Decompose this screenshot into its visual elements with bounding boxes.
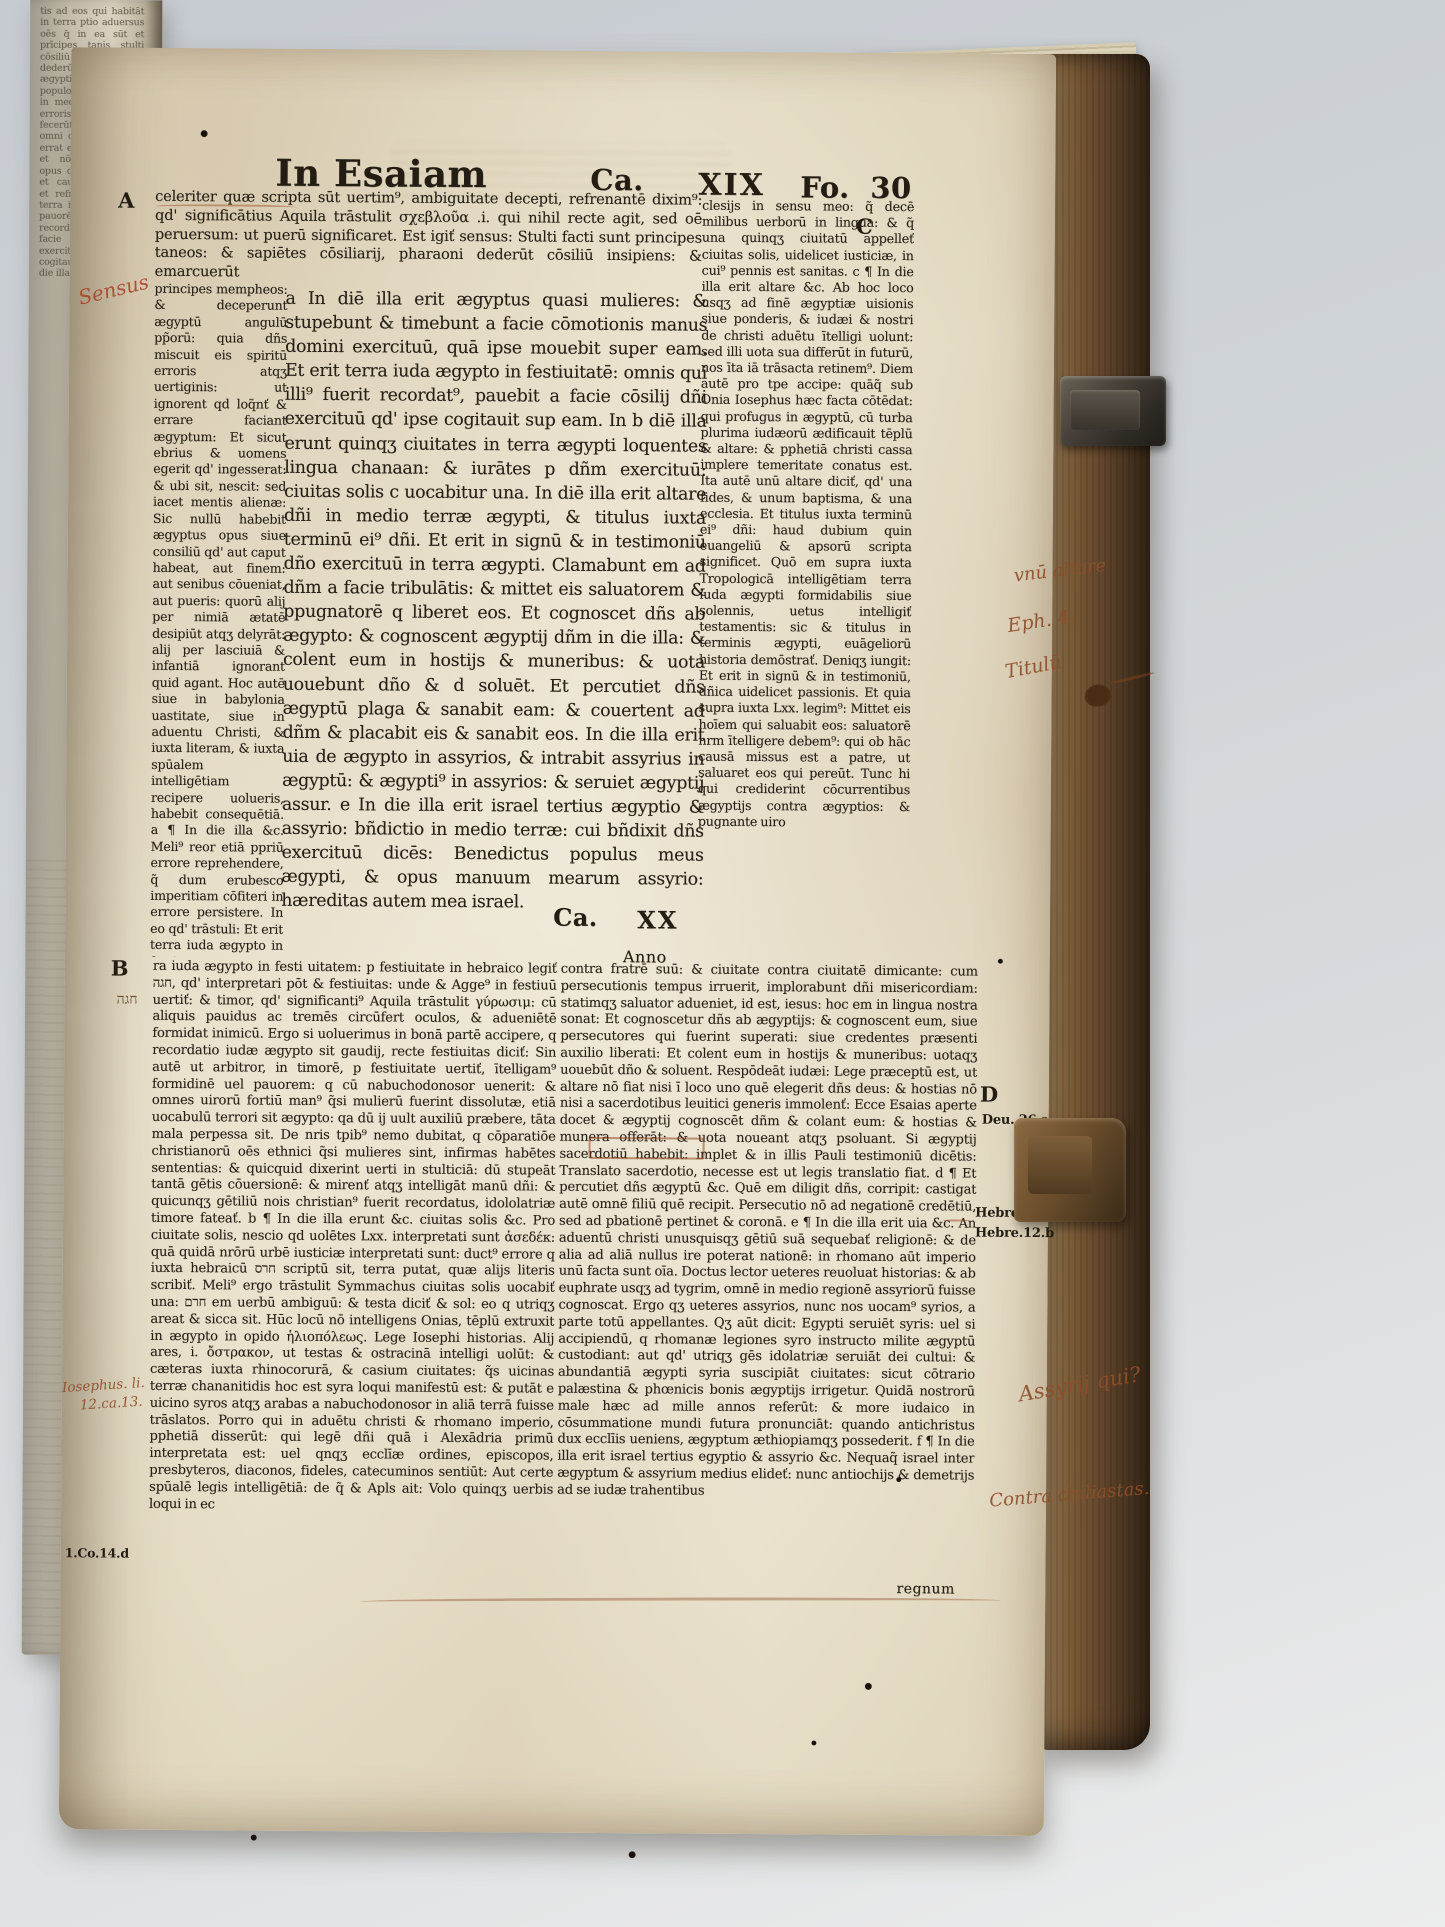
wormhole (896, 1477, 901, 1482)
commentary-lower-left-column: ra iuda ægypto in festi uitatem: p festi… (149, 959, 557, 1574)
red-box-around-word (589, 1137, 705, 1160)
ink-blot (1085, 684, 1111, 706)
margin-ref-hebrews12: Hebre.12.b (975, 1226, 1054, 1242)
marginalia-iosephus-ref-line1: Iosephus. li. (61, 1375, 145, 1396)
wormhole (865, 1683, 872, 1690)
marginalia-iosephus-ref-line2: 12.ca.13. (79, 1394, 143, 1414)
wormhole (251, 1835, 257, 1841)
commentary-lower-right-column: contra fratrē suū: & ciuitate contra ciu… (557, 962, 978, 1577)
catchword: regnum (896, 1581, 954, 1597)
commentary-intro: celeriter quæ scripta sūt uertim⁹, ambig… (155, 188, 703, 290)
marginalia-hebrew-word: חגה (117, 992, 138, 1009)
section-letter-a: A (118, 188, 134, 213)
wormhole (201, 130, 208, 137)
wormhole (998, 959, 1003, 964)
rubrication-long-stroke (360, 1597, 1000, 1605)
wormhole (629, 1851, 636, 1858)
section-letter-d: D (980, 1082, 998, 1107)
commentary-left-narrow-column: principes mempheos: & deceperunt ægyptū … (150, 281, 288, 958)
chapter20-label: Ca. (553, 903, 598, 932)
margin-ref-corinthians: 1.Co.14.d (65, 1545, 129, 1560)
photo-of-open-book: tis ad eos qui habitāt in terra ptio adu… (0, 0, 1445, 1927)
commentary-right-column: clesijs in sensu meo: q̃ decē milibus ue… (697, 198, 914, 963)
scripture-quotation-isaiah19: a In diē illa erit ægyptus quasi muliere… (281, 287, 708, 964)
wormhole (811, 1740, 816, 1745)
marginalia-sensus: Sensus (76, 269, 151, 309)
book-page: In Esaiam Ca. XIX Fo. 30 A B C D celerit… (59, 47, 1056, 1836)
metal-clasp-lower (1014, 1118, 1126, 1222)
section-letter-b: B (111, 956, 129, 981)
metal-clasp-upper (1060, 376, 1166, 446)
chapter20-number: XX (637, 905, 678, 934)
